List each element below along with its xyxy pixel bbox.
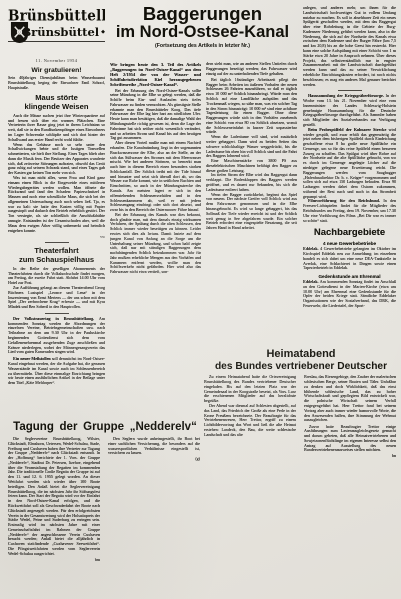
paragraph: Zu einem Heimatabend hatte die Ortsverei…: [204, 375, 296, 404]
headline-subtitle: (Fortsetzung des Artikels in letzter Nr.…: [103, 43, 302, 49]
section-divider: [45, 313, 69, 314]
paragraph: Aber diesen Vorteil mußte man mit einem …: [110, 141, 201, 213]
section-divider: [45, 242, 69, 243]
left-column: Brünsbüttelkoog ◆ Brünsbüttel ◆ 11. Nove…: [8, 8, 105, 418]
issue-date: 11. November 1954: [8, 58, 105, 63]
note-filmvorfuehrung: Filmvorführung für den Reichsbund. In de…: [303, 199, 396, 223]
masthead: Brünsbüttelkoog ◆ Brünsbüttel ◆: [8, 8, 105, 56]
kanal-article-headline: Baggerungen im Nord-Ostsee-Kanal (Fortse…: [103, 5, 302, 49]
paragraph: In der Reihe der geselligen Abonnements …: [8, 267, 105, 286]
note-probespuelfeld: Beim Probespülfeld der Kolmarer Strecke …: [303, 128, 396, 200]
tagung-column-1: Die Seglervereine Brunsbüttelkoog, Wilst…: [8, 437, 100, 589]
author-initials: (g): [108, 457, 200, 462]
paragraph: Bei der Erbauung des Kanals war dies bek…: [110, 213, 201, 275]
tagung-headline: Tagung der Gruppe „Nedderelv“: [8, 421, 202, 433]
paragraph: Breslau, das Riesengebirge, den Zauber d…: [304, 375, 396, 423]
paragraph: Wenn die Laderäume voll sind, wird zusät…: [206, 135, 297, 159]
theater-body: In der Reihe der geselligen Abonnements …: [8, 267, 105, 310]
mouse-article-body: Auch die Mäuse suchen jetzt ihre Winterq…: [8, 114, 105, 234]
heimatabend-column-2: Breslau, das Riesengebirge, den Zauber d…: [304, 375, 396, 461]
newspaper-page: Brünsbüttelkoog ◆ Brünsbüttel ◆ 11. Nove…: [0, 0, 401, 599]
right-column: anlegen, und anderes mehr, um ihnen für …: [303, 6, 396, 354]
nachbar-item-1: Eddelak. 4 Gewerbebetriebe gelangten im …: [303, 247, 396, 271]
author-initials: vw: [8, 234, 105, 239]
heimatabend-article: Heimatabend des Bundes vertriebener Deut…: [204, 349, 398, 471]
theater-heading: Theaterfahrt zum Schauspielhaus: [8, 247, 105, 264]
paragraph: Der Abend war diesmal auf Schlesien abge…: [204, 404, 296, 437]
editorial-intro: Wir bringen heute den 3. Teil des Artike…: [110, 62, 201, 87]
paragraph: Bei täglich 16stündiger Arbeitszeit pfle…: [206, 78, 297, 135]
masthead-subtitle: Brünsbüttel: [21, 25, 99, 39]
local-note-messstollen: Ein neuer Meßstollen soll demnächst im N…: [8, 357, 105, 386]
tagung-column-2: Den Seglern wurde anheimgestellt, ihr Bo…: [108, 437, 200, 589]
section-divider: [338, 90, 362, 91]
paragraph: Im tiefen Strom der Elbe wird das Bagger…: [206, 173, 297, 192]
note-text: Am kommenden Sonntag werden die Abordnun…: [8, 316, 105, 354]
paragraph: Eine Maschinenstärke von 3800 PS aus die…: [206, 159, 297, 173]
heimatabend-column-1: Zu einem Heimatabend hatte die Ortsverei…: [204, 375, 296, 461]
paragraph: Zur Aufführung gelangt an diesem Theater…: [8, 286, 105, 310]
tagung-article: Tagung der Gruppe „Nedderelv“ Die Segler…: [8, 419, 202, 597]
headline-line1: Baggerungen: [103, 5, 302, 24]
congratulations-heading: Wir gratulieren!: [8, 67, 105, 74]
kanal-article-column-1: Wir bringen heute den 3. Teil des Artike…: [110, 62, 201, 418]
paragraph: Den Seglern wurde anheimgestellt, ihr Bo…: [108, 437, 200, 456]
town-crest-icon: [10, 21, 29, 49]
paragraph: Was tut man nicht alles, wenn Frau und K…: [8, 176, 105, 233]
note-text: soll demnächst im Nord-Ostsee-Kanal eing…: [8, 356, 105, 385]
author-initials: bn: [304, 454, 396, 459]
paragraph: Die Seglervereine Brunsbüttelkoog, Wilst…: [8, 437, 100, 557]
paragraph: Wenn das Gehäuse noch so sehr unter den …: [8, 143, 105, 176]
headline-line2: im Nord-Ostsee-Kanal: [103, 24, 302, 41]
mouse-article-heading: Maus störte klingende Weisen: [8, 94, 105, 111]
author-initials: bm: [8, 558, 100, 563]
paragraph: Bei der Erbauung des Nord-Ostsee-Kanals …: [110, 89, 201, 142]
local-note-volkstrauertag: Der Volkstrauertag in Brunsbüttelkoog. A…: [8, 317, 105, 355]
heimatabend-headline-line2: des Bundes vertriebener Deutscher: [204, 361, 398, 372]
note-haussammlung: Haussammlung der Kriegsgräberfürsorge. I…: [303, 94, 396, 127]
paragraph: Auch die Mäuse suchen jetzt ihre Winterq…: [8, 114, 105, 143]
nachbar-item-2: Eddelak. Am kommenden Sonntag findet im …: [303, 280, 396, 309]
kanal-article-continuation: anlegen, und anderes mehr, um ihnen für …: [303, 6, 396, 87]
paragraph: Wenn der Bagger zurückkehrt, beginnt das…: [206, 193, 297, 231]
nachbargebiete-heading: Nachbargebiete: [303, 227, 396, 238]
congratulations-text: Sein 40jähriges Dienstjubiläum beim Wass…: [8, 76, 105, 90]
heimatabend-headline-line1: Heimatabend: [204, 349, 398, 361]
paragraph: Zuvor hatte Beauftragter Trettor einige …: [304, 425, 396, 454]
paragraph: dern sieht man, wie an anderen Stellen U…: [206, 62, 297, 76]
kanal-article-column-2: dern sieht man, wie an anderen Stellen U…: [206, 62, 297, 348]
